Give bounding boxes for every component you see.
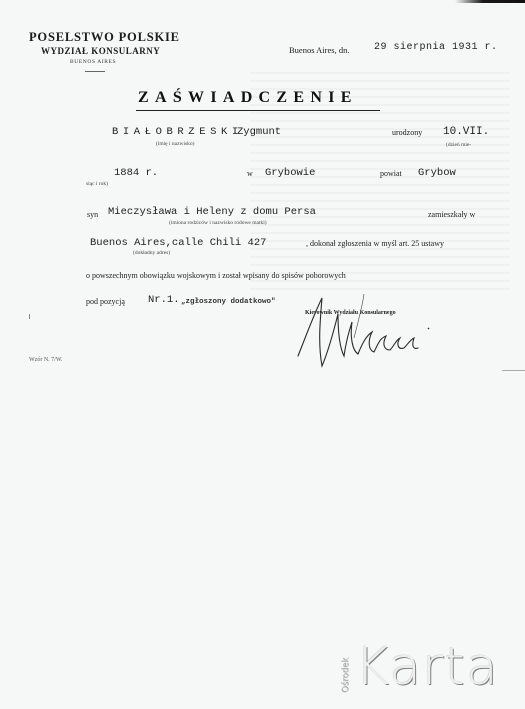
birth-caption-start: (dzień mie- [446, 142, 471, 148]
watermark-small-text: Ośrodek [341, 641, 353, 693]
parents-value: Mieczysława i Heleny z domu Persa [108, 206, 316, 218]
born-label: urodzony [392, 128, 422, 137]
form-number: Wzór N. 7/W. [29, 357, 62, 363]
son-label: syn [87, 210, 98, 219]
letterhead-legation: POSELSTWO POLSKIE [29, 30, 180, 45]
watermark-logo-text: Karta [355, 637, 499, 697]
document-page: POSELSTWO POLSKIE WYDZIAŁ KONSULARNY BUE… [0, 0, 525, 709]
surname-value: BIAŁOBRZESKI [112, 126, 243, 138]
place-label: Buenos Aires, dn. [289, 45, 349, 55]
name-caption: (imię i nazwisko) [156, 141, 195, 147]
letterhead-city: BUENOS AIRES [70, 59, 116, 65]
parents-caption: (imiona rodziców i nazwisko rodowe matki… [169, 220, 267, 226]
declaration-text: , dokonał zgłoszenia w myśl art. 25 usta… [306, 239, 444, 248]
address-caption: (dokładny adres) [133, 250, 170, 256]
district-value: Grybow [418, 167, 456, 179]
district-label: powiat [380, 169, 402, 178]
handwritten-signature [292, 292, 492, 372]
position-value: Nr.1. [148, 294, 180, 306]
letterhead-rule [85, 71, 105, 72]
title-underline [136, 110, 380, 111]
margin-mark [29, 314, 30, 319]
letterhead-department: WYDZIAŁ KONSULARNY [41, 46, 160, 56]
scanner-edge-shadow [455, 0, 525, 3]
stray-mark [502, 370, 525, 371]
stamp-additional-registration: „zgłoszony dodatkowo" [181, 298, 276, 306]
document-title: ZAŚWIADCZENIE [138, 89, 358, 107]
in-label: w [247, 169, 253, 178]
birth-year-value: 1884 r. [114, 167, 158, 179]
position-label: pod pozycją [86, 297, 125, 306]
address-value: Buenos Aires,calle Chili 427 [90, 237, 266, 249]
birth-caption-end: siąc i rok) [86, 181, 108, 187]
birth-day-month-value: 10.VII. [443, 126, 489, 138]
issue-date: 29 sierpnia 1931 r. [374, 42, 498, 53]
law-text: o powszechnym obowiązku wojskowym i zost… [86, 271, 346, 280]
first-name-value: Zygmunt [237, 126, 281, 138]
residence-label: zamieszkały w [428, 210, 475, 219]
birth-place-value: Grybowie [265, 167, 315, 179]
